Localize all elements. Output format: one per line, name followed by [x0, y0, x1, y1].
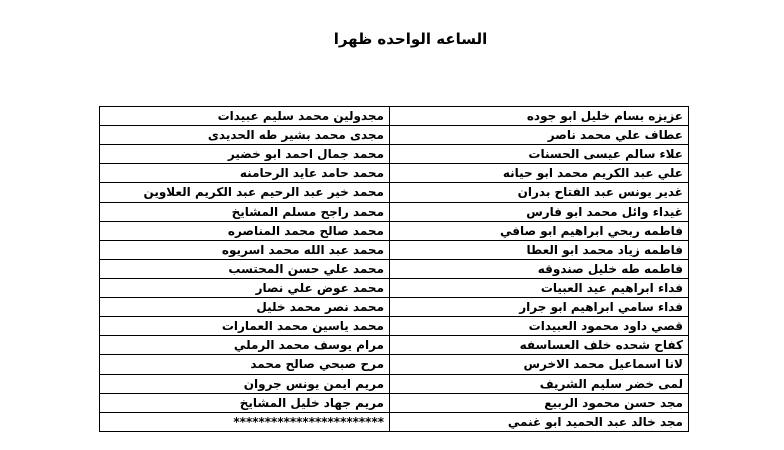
table-cell: فداء ابراهيم عيد العبيات — [390, 278, 689, 297]
table-cell: محمد راجح مسلم المشايخ — [100, 202, 390, 221]
table-cell: مرح صبحي صالح محمد — [100, 355, 390, 374]
table-row: غيداء وائل محمد ابو فارس محمد راجح مسلم … — [100, 202, 689, 221]
table-row: عطاف علي محمد ناصر مجدى محمد بشير طه الح… — [100, 126, 689, 145]
table-row: مجد حسن محمود الربيع مريم جهاد خليل المش… — [100, 393, 689, 412]
names-table: عزيزه بسام خليل ابو جوده مجدولين محمد سل… — [99, 106, 689, 432]
table-cell: مجد حسن محمود الربيع — [390, 393, 689, 412]
table-row: فاطمه زياد محمد ابو العطا محمد عبد الله … — [100, 240, 689, 259]
table-row: علي عبد الكريم محمد ابو حيانه محمد حامد … — [100, 164, 689, 183]
table-cell: قصي داود محمود العبيدات — [390, 317, 689, 336]
table-cell: محمد ياسين محمد العمارات — [100, 317, 390, 336]
table-row: مجد خالد عبد الحميد ابو غنمي ***********… — [100, 412, 689, 431]
table-cell: محمد حامد عايد الرحامنه — [100, 164, 390, 183]
table-cell: مريم ايمن يونس جروان — [100, 374, 390, 393]
table-cell: لانا اسماعيل محمد الاخرس — [390, 355, 689, 374]
table-cell: عزيزه بسام خليل ابو جوده — [390, 107, 689, 126]
table-cell: محمد علي حسن المحتسب — [100, 259, 390, 278]
table-row: فداء ابراهيم عيد العبيات محمد عوض علي نص… — [100, 278, 689, 297]
page-title: الساعه الواحده ظهرا — [116, 30, 705, 48]
document-page: الساعه الواحده ظهرا عزيزه بسام خليل ابو … — [0, 0, 784, 450]
table-cell: مجدولين محمد سليم عبيدات — [100, 107, 390, 126]
table-cell: عطاف علي محمد ناصر — [390, 126, 689, 145]
table-cell: فاطمه طه خليل صندوقه — [390, 259, 689, 278]
table-cell: كفاح شحده خلف العساسفه — [390, 336, 689, 355]
table-cell: محمد عوض علي نصار — [100, 278, 390, 297]
table-row: فاطمه ربحي ابراهيم ابو صافي محمد صالح مح… — [100, 221, 689, 240]
table-cell: محمد صالح محمد المناصره — [100, 221, 390, 240]
table-row: علاء سالم عيسى الحسنات محمد جمال احمد اب… — [100, 145, 689, 164]
table-cell: مرام يوسف محمد الرملي — [100, 336, 390, 355]
table-row: كفاح شحده خلف العساسفه مرام يوسف محمد ال… — [100, 336, 689, 355]
table-row: فاطمه طه خليل صندوقه محمد علي حسن المحتس… — [100, 259, 689, 278]
table-cell: علي عبد الكريم محمد ابو حيانه — [390, 164, 689, 183]
table-cell: غدير يونس عبد الفتاح بدران — [390, 183, 689, 202]
table-row: فداء سامي ابراهيم ابو جرار محمد نصر محمد… — [100, 298, 689, 317]
table-cell: مجدى محمد بشير طه الحديدى — [100, 126, 390, 145]
table-row: عزيزه بسام خليل ابو جوده مجدولين محمد سل… — [100, 107, 689, 126]
table-cell: محمد خير عبد الرحيم عبد الكريم العلاوين — [100, 183, 390, 202]
table-row: قصي داود محمود العبيدات محمد ياسين محمد … — [100, 317, 689, 336]
table-cell: محمد جمال احمد ابو خضير — [100, 145, 390, 164]
table-cell: محمد نصر محمد خليل — [100, 298, 390, 317]
table-cell: غيداء وائل محمد ابو فارس — [390, 202, 689, 221]
table-row: غدير يونس عبد الفتاح بدران محمد خير عبد … — [100, 183, 689, 202]
table-cell: مريم جهاد خليل المشايخ — [100, 393, 390, 412]
table-cell: لمى خضر سليم الشريف — [390, 374, 689, 393]
table-cell: فداء سامي ابراهيم ابو جرار — [390, 298, 689, 317]
table-cell: علاء سالم عيسى الحسنات — [390, 145, 689, 164]
table-cell: فاطمه زياد محمد ابو العطا — [390, 240, 689, 259]
table-row: لمى خضر سليم الشريف مريم ايمن يونس جروان — [100, 374, 689, 393]
table-row: لانا اسماعيل محمد الاخرس مرح صبحي صالح م… — [100, 355, 689, 374]
table-cell: فاطمه ربحي ابراهيم ابو صافي — [390, 221, 689, 240]
table-cell: مجد خالد عبد الحميد ابو غنمي — [390, 412, 689, 431]
table-cell: ************************ — [100, 412, 390, 431]
table-cell: محمد عبد الله محمد اسريوه — [100, 240, 390, 259]
